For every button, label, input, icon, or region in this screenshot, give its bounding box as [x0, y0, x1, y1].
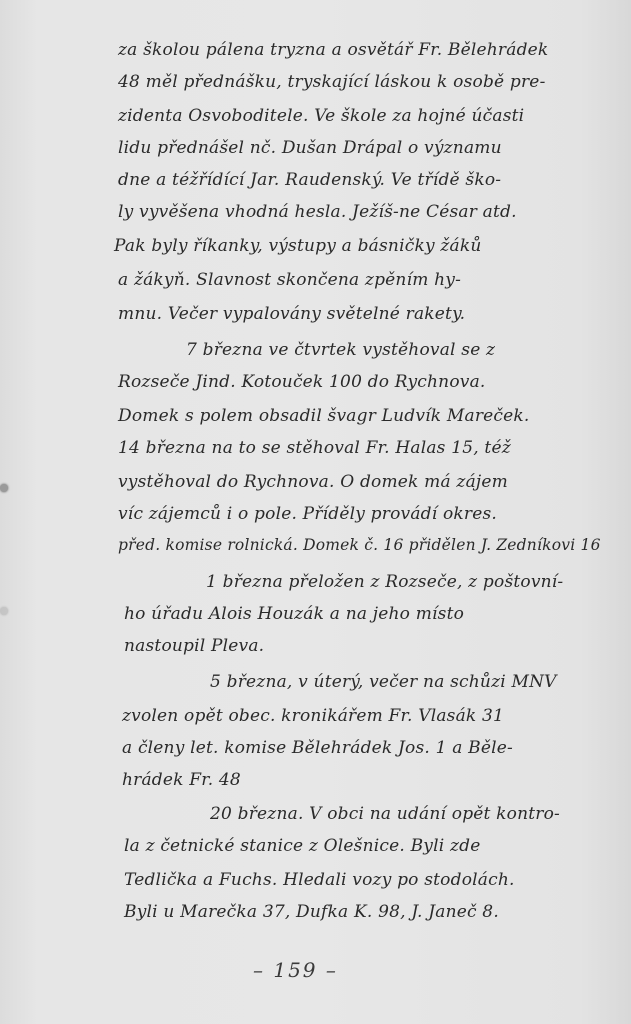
text-line: 5 března, v úterý, večer na schůzi MNV: [210, 672, 557, 692]
binder-punch-hole: [0, 484, 8, 492]
text-line: zvolen opět obec. kronikářem Fr. Vlasák …: [122, 706, 504, 726]
document-page: za školou pálena tryzna a osvětář Fr. Bě…: [0, 0, 631, 1024]
text-line: 48 měl přednášku, tryskající láskou k os…: [118, 72, 546, 92]
text-line: zidenta Osvoboditele. Ve škole za hojné …: [118, 106, 524, 126]
text-line: la z četnické stanice z Olešnice. Byli z…: [124, 836, 480, 856]
text-line: ho úřadu Alois Houzák a na jeho místo: [124, 604, 464, 624]
text-line: 20 března. V obci na udání opět kontro-: [210, 804, 560, 824]
text-line: Byli u Marečka 37, Dufka K. 98, J. Janeč…: [124, 902, 499, 922]
text-line: za školou pálena tryzna a osvětář Fr. Bě…: [118, 40, 548, 60]
text-line: vystěhoval do Rychnova. O domek má zájem: [118, 472, 508, 492]
text-line: dne a téžřídící Jar. Raudenský. Ve třídě…: [118, 170, 501, 190]
text-line: 7 března ve čtvrtek vystěhoval se z: [186, 340, 495, 360]
text-line: ly vyvěšena vhodná hesla. Ježíš-ne César…: [118, 202, 517, 222]
text-line: a žákyň. Slavnost skončena zpěním hy-: [118, 270, 461, 290]
binder-punch-hole: [0, 607, 8, 615]
text-line: 1 března přeložen z Rozseče, z poštovní-: [206, 572, 563, 592]
text-line: Rozseče Jind. Kotouček 100 do Rychnova.: [118, 372, 486, 392]
text-line: a členy let. komise Bělehrádek Jos. 1 a …: [122, 738, 513, 758]
text-line: 14 března na to se stěhoval Fr. Halas 15…: [118, 438, 511, 458]
text-line: mnu. Večer vypalovány světelné rakety.: [118, 304, 465, 324]
text-line: lidu přednášel nč. Dušan Drápal o význam…: [118, 138, 502, 158]
text-line: před. komise rolnická. Domek č. 16 přidě…: [118, 536, 601, 554]
text-line: Tedlička a Fuchs. Hledali vozy po stodol…: [124, 870, 515, 890]
text-line: nastoupil Pleva.: [124, 636, 264, 656]
text-line: víc zájemců i o pole. Příděly provádí ok…: [118, 504, 497, 524]
text-line: Pak byly říkanky, výstupy a básničky žák…: [114, 236, 482, 256]
text-line: Domek s polem obsadil švagr Ludvík Mareč…: [118, 406, 530, 426]
text-line: hrádek Fr. 48: [122, 770, 241, 790]
page-number: – 159 –: [253, 958, 338, 982]
